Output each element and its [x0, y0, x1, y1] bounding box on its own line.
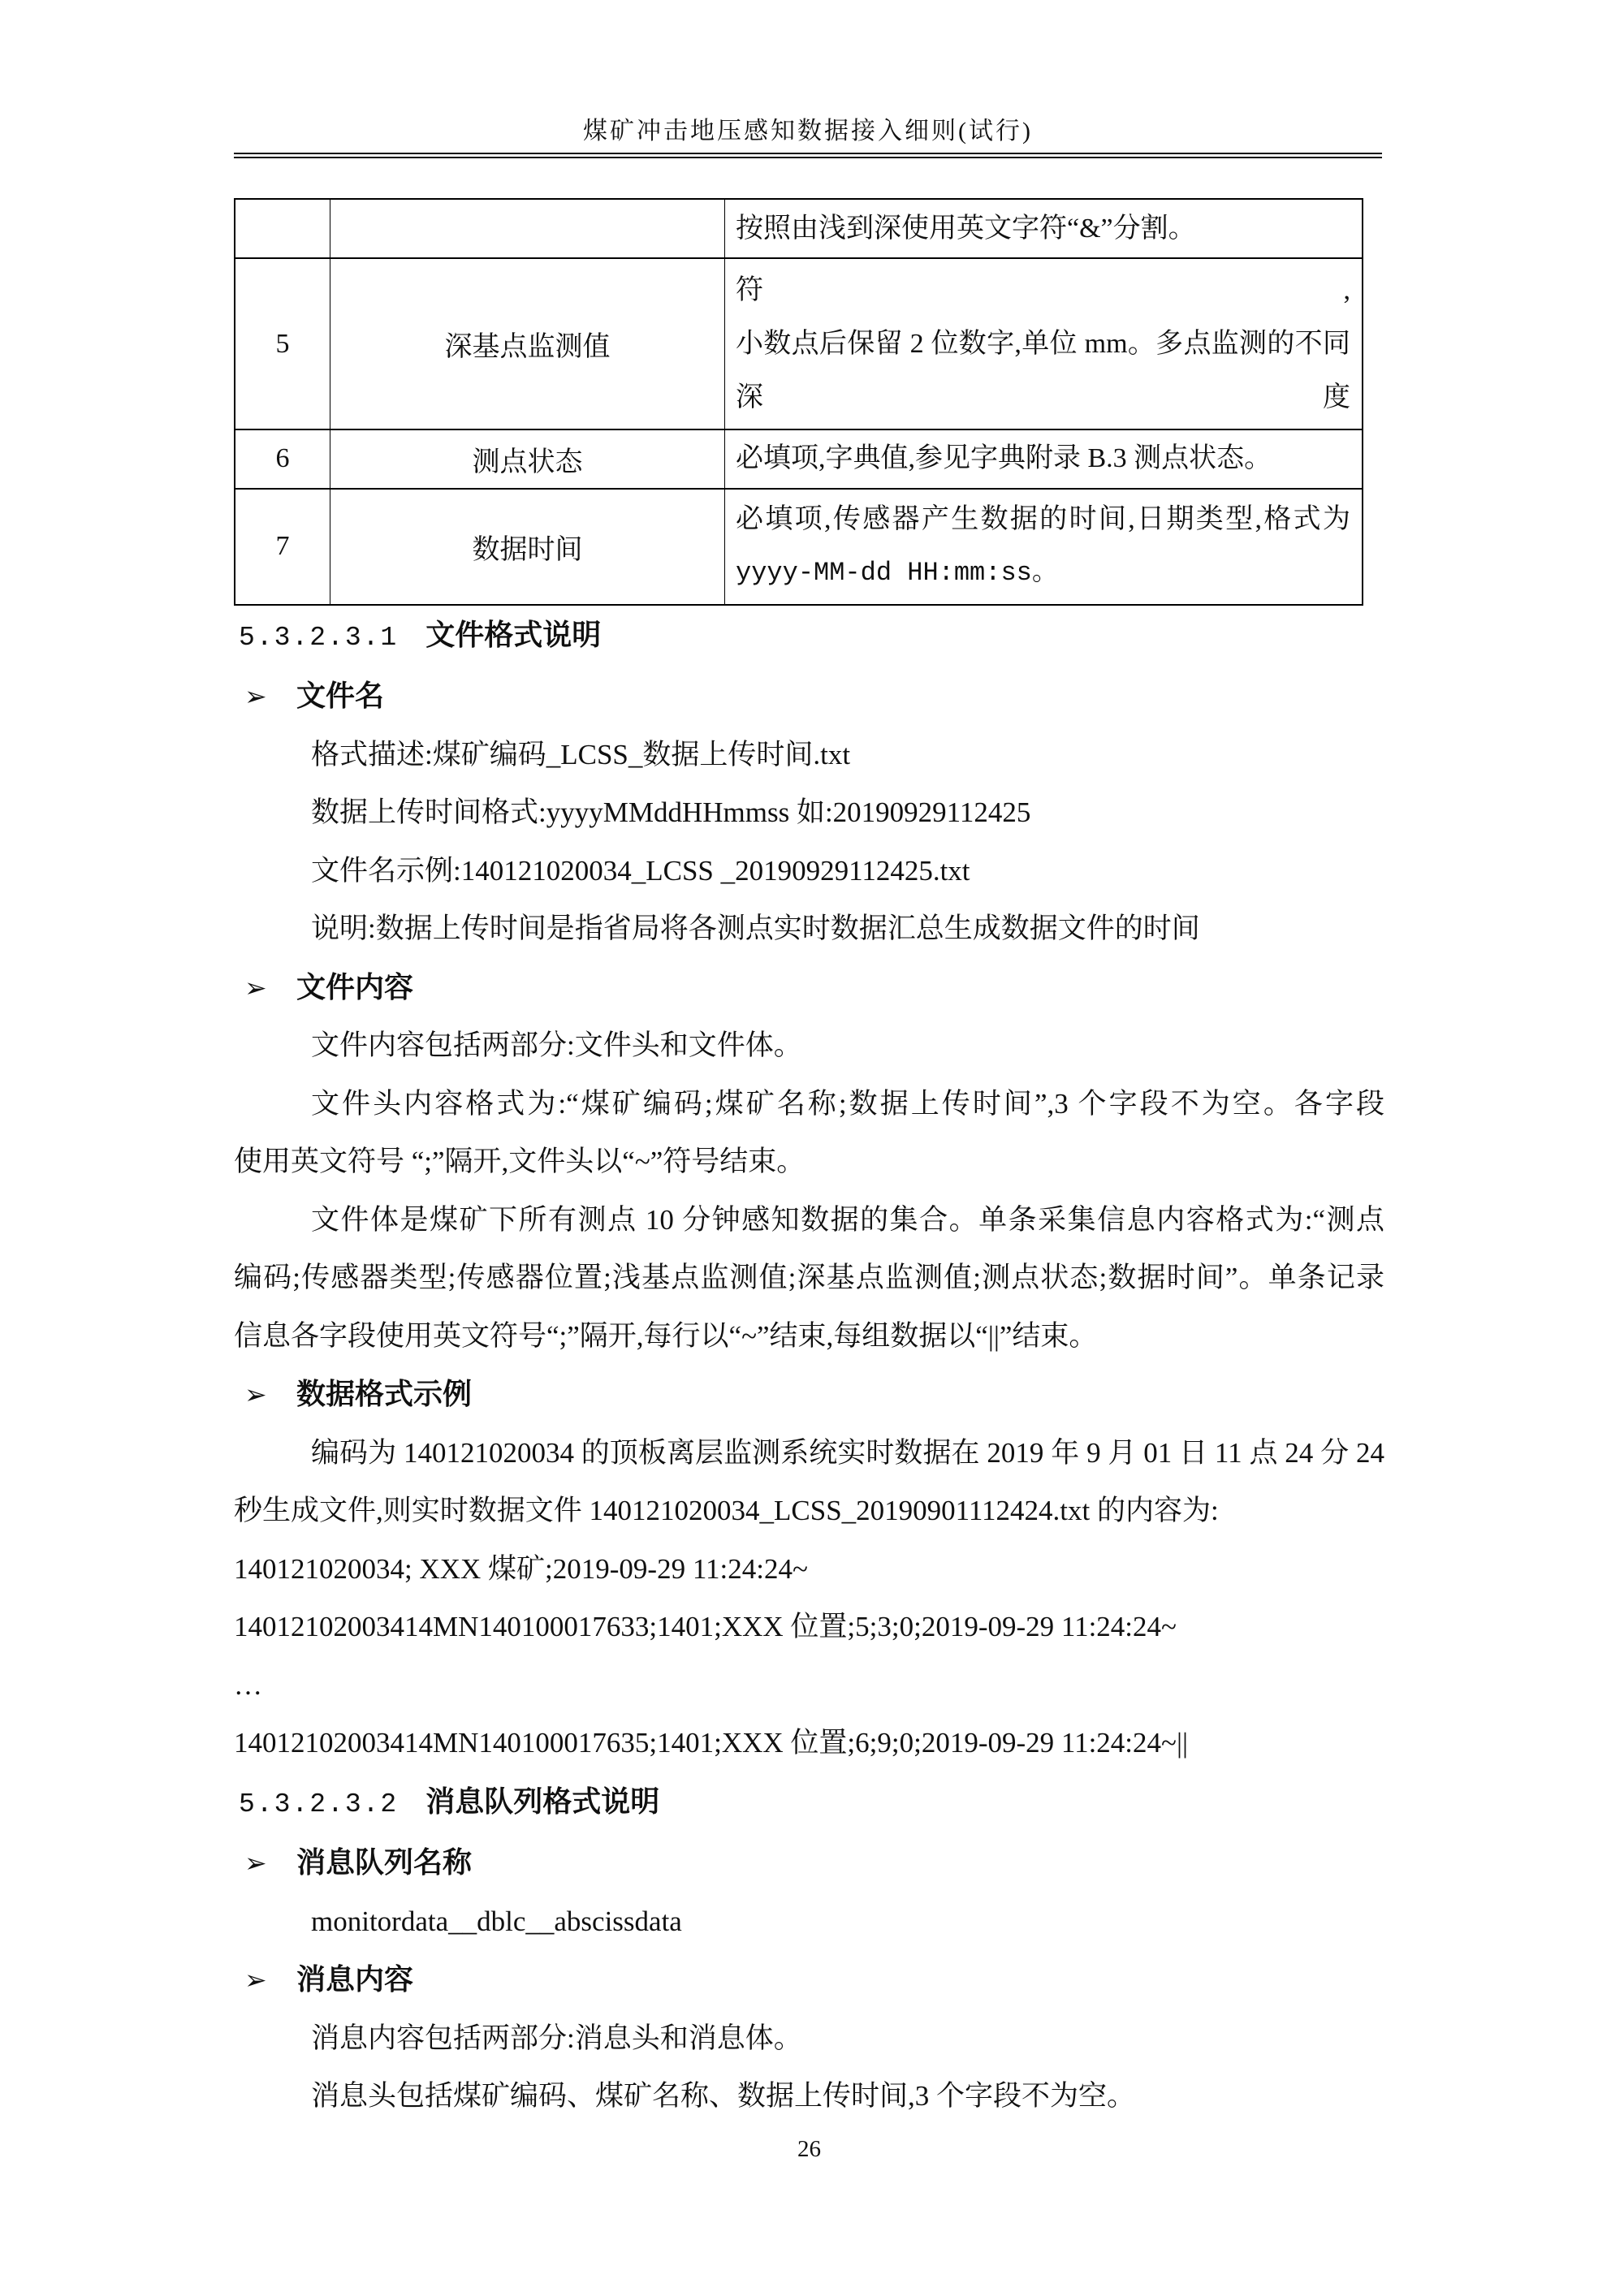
arrow-bullet-icon: ➢	[244, 959, 296, 1017]
heading-number: 5.3.2.3.1	[239, 623, 398, 653]
body-line: 文件体是煤矿下所有测点 10 分钟感知数据的集合。单条采集信息内容格式为:“测点	[234, 1191, 1384, 1249]
running-head-title: 煤矿冲击地压感知数据接入细则(试行)	[234, 118, 1382, 145]
body-line: 消息头包括煤矿编码、煤矿名称、数据上传时间,3 个字段不为空。	[234, 2067, 1384, 2126]
body-line: monitordata__dblc__abscissdata	[234, 1892, 1384, 1951]
row-number-cell: 6	[235, 430, 330, 488]
body-line: 编码;传感器类型;传感器位置;浅基点监测值;深基点监测值;测点状态;数据时间”。…	[234, 1249, 1384, 1307]
field-desc-cell: 必填项,传感器产生数据的时间,日期类型,格式为yyyy-MM-dd HH:mm:…	[724, 490, 1362, 604]
bullet-item: ➢数据格式示例	[234, 1365, 1384, 1424]
bullet-item: ➢消息队列名称	[234, 1833, 1384, 1892]
field-name-cell: 数据时间	[330, 490, 724, 604]
row-number-cell: 7	[235, 490, 330, 604]
desc-line: 按照由浅到深使用英文字符“&”分割。	[736, 425, 1350, 429]
body-line: 文件头内容格式为:“煤矿编码;煤矿名称;数据上传时间”,3 个字段不为空。各字段	[234, 1075, 1384, 1133]
desc-line: 必填项,字典值,参见字典附录 B.3 测点状态。	[736, 432, 1350, 486]
section-heading: 5.3.2.3.1文件格式说明	[234, 606, 1384, 667]
body-line: 文件名示例:140121020034_LCSS _20190929112425.…	[234, 842, 1384, 900]
desc-line: 必填项,字符类型,单个数值长度最多为 8 位数字字符,	[736, 259, 1350, 317]
bullet-item: ➢文件名	[234, 667, 1384, 726]
bullet-item: ➢文件内容	[234, 958, 1384, 1017]
field-desc-cell: 必填项,字符类型,单个数值长度最多为 8 位数字字符,小数点后保留 2 位数字,…	[724, 259, 1362, 429]
bullet-label: 文件内容	[296, 970, 413, 1003]
header-rule	[234, 153, 1382, 158]
table-row: 5深基点监测值必填项,字符类型,单个数值长度最多为 8 位数字字符,小数点后保留…	[235, 257, 1362, 429]
body-line: 14012102003414MN140100017633;1401;XXX 位置…	[234, 1598, 1384, 1656]
bullet-label: 消息内容	[296, 1962, 413, 1996]
desc-line: yyyy-MM-dd HH:mm:ss。	[736, 546, 1350, 600]
body-line: …	[234, 1656, 1384, 1715]
desc-line: 必填项,传感器产生数据的时间,日期类型,格式为	[736, 493, 1350, 546]
arrow-bullet-icon: ➢	[244, 1366, 296, 1424]
body-line: 文件内容包括两部分:文件头和文件体。	[234, 1016, 1384, 1075]
arrow-bullet-icon: ➢	[244, 667, 296, 726]
heading-number: 5.3.2.3.2	[239, 1789, 398, 1819]
field-name-cell: 测点状态	[330, 430, 724, 488]
field-name-cell: 深基点监测值	[330, 259, 724, 429]
bullet-label: 文件名	[296, 679, 384, 712]
body-line: 说明:数据上传时间是指省局将各测点实时数据汇总生成数据文件的时间	[234, 900, 1384, 958]
field-desc-cell: 按照由浅到深使用英文字符“&”分割。	[724, 200, 1362, 257]
row-number-cell	[235, 200, 330, 257]
section-heading: 5.3.2.3.2消息队列格式说明	[234, 1772, 1384, 1834]
table-row: 7数据时间必填项,传感器产生数据的时间,日期类型,格式为yyyy-MM-dd H…	[235, 488, 1362, 604]
heading-label: 文件格式说明	[425, 618, 601, 651]
bullet-label: 消息队列名称	[296, 1845, 472, 1879]
table-row: 按照由浅到深使用英文字符“&”分割。	[235, 200, 1362, 257]
body-line: 14012102003414MN140100017635;1401;XXX 位置…	[234, 1714, 1384, 1772]
desc-line: 小数点后保留 2 位数字,单位 mm。多点监测的不同深度	[736, 317, 1350, 425]
heading-label: 消息队列格式说明	[425, 1785, 659, 1818]
field-name-cell	[330, 200, 724, 257]
body-line: 消息内容包括两部分:消息头和消息体。	[234, 2009, 1384, 2068]
body-line: 格式描述:煤矿编码_LCSS_数据上传时间.txt	[234, 726, 1384, 784]
bullet-item: ➢消息内容	[234, 1950, 1384, 2009]
body-line: 编码为 140121020034 的顶板离层监测系统实时数据在 2019 年 9…	[234, 1424, 1384, 1482]
document-page: 煤矿冲击地压感知数据接入细则(试行) 按照由浅到深使用英文字符“&”分割。5深基…	[0, 0, 1624, 2296]
arrow-bullet-icon: ➢	[244, 1951, 296, 2009]
field-spec-table: 按照由浅到深使用英文字符“&”分割。5深基点监测值必填项,字符类型,单个数值长度…	[234, 198, 1363, 606]
body-line: 使用英文符号 “;”隔开,文件头以“~”符号结束。	[234, 1133, 1384, 1191]
desc-line: 按照由浅到深使用英文字符“&”分割。	[736, 202, 1350, 256]
bullet-label: 数据格式示例	[296, 1377, 472, 1410]
body-line: 信息各字段使用英文符号“;”隔开,每行以“~”结束,每组数据以“||”结束。	[234, 1307, 1384, 1366]
field-desc-cell: 必填项,字典值,参见字典附录 B.3 测点状态。	[724, 430, 1362, 488]
document-body: 5.3.2.3.1文件格式说明➢文件名格式描述:煤矿编码_LCSS_数据上传时间…	[234, 606, 1384, 2126]
body-line: 140121020034; XXX 煤矿;2019-09-29 11:24:24…	[234, 1540, 1384, 1599]
body-line: 数据上传时间格式:yyyyMMddHHmmss 如:20190929112425	[234, 783, 1384, 842]
arrow-bullet-icon: ➢	[244, 1834, 296, 1892]
table-row: 6测点状态必填项,字典值,参见字典附录 B.3 测点状态。	[235, 429, 1362, 488]
row-number-cell: 5	[235, 259, 330, 429]
page-number: 26	[234, 2135, 1384, 2163]
body-line: 秒生成文件,则实时数据文件 140121020034_LCSS_20190901…	[234, 1482, 1384, 1540]
